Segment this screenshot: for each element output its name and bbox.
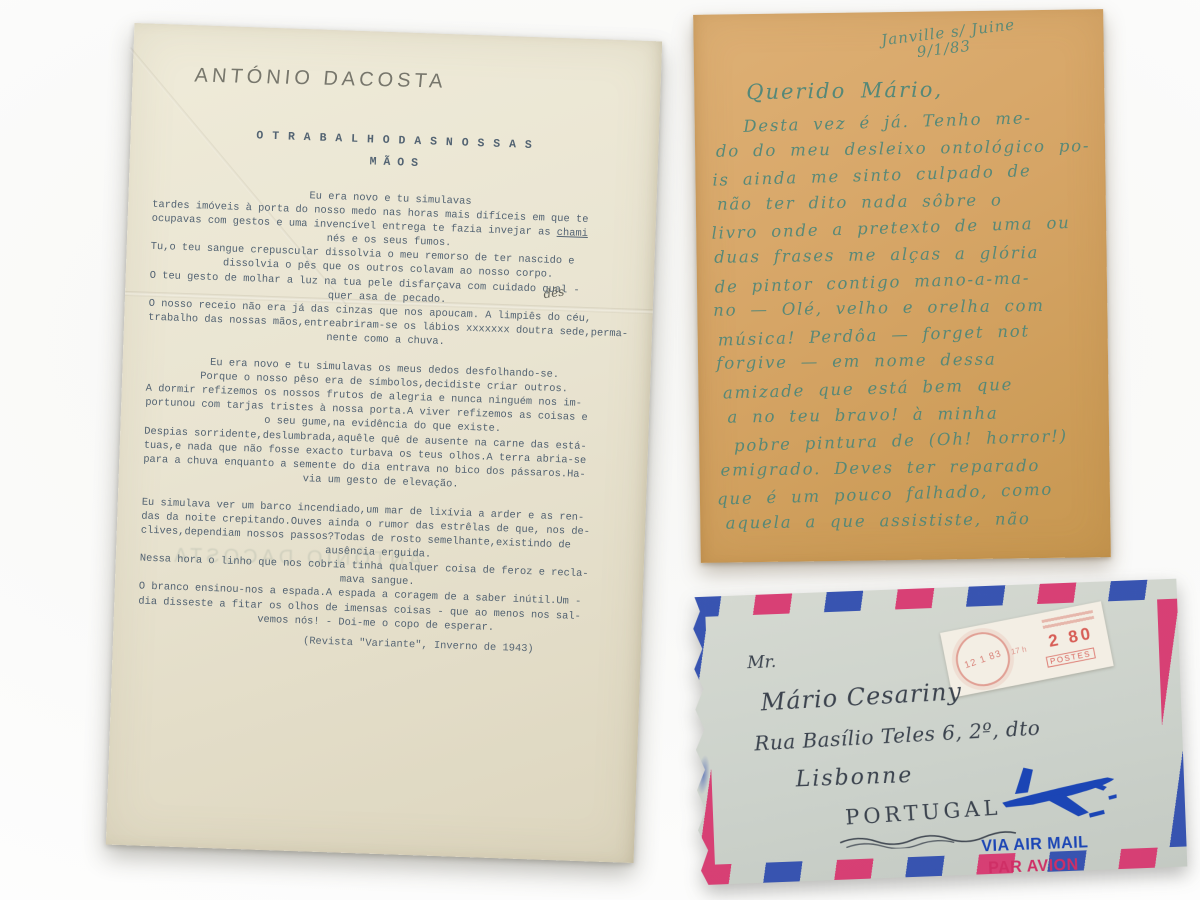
poem: Eu era novo e tu simulavastardes imóveis…	[137, 184, 629, 654]
letter-dateline: Janville s/ Juine 9/1/83	[880, 6, 1093, 65]
handwritten-correction: dês	[542, 284, 565, 301]
poem-stanza: Eu era novo e tu simulavastardes imóveis…	[147, 184, 628, 356]
envelope-body: 12 1 83 17 h 2 80 POSTES Mr.Mário Cesari…	[685, 579, 1188, 886]
address-line: Rua Basílio Teles 6, 2º, dto	[754, 716, 1041, 756]
author-name-handwritten: ANTÓNIO DACOSTA	[194, 65, 448, 94]
typed-poem-page: ANTÓNIO DACOSTA O T R A B A L H O D A S …	[106, 23, 662, 863]
par-avion-label: PAR AVION	[988, 856, 1079, 878]
photograph-of-documents: ANTÓNIO DACOSTA O T R A B A L H O D A S …	[0, 0, 1200, 900]
airplane-icon	[997, 759, 1117, 825]
handwritten-letter: Janville s/ Juine 9/1/83 Querido Mário, …	[693, 9, 1111, 563]
letter-line: aquela a que assististe, não	[726, 508, 1106, 540]
airmail-envelope: 12 1 83 17 h 2 80 POSTES Mr.Mário Cesari…	[685, 579, 1188, 886]
address-line: Mário Cesariny	[760, 677, 963, 716]
show-through-text: ANTÓNIO DACOSTA	[162, 545, 422, 573]
letter-lines: Desta vez é já. Tenho me-do do meu desle…	[709, 108, 1106, 542]
address-line: PORTUGAL	[844, 796, 1002, 830]
poem-stanza: Eu era novo e tu simulavas os meus dedos…	[143, 354, 623, 497]
address-line: Lisbonne	[795, 763, 913, 792]
letter-greeting: Querido Mário,	[746, 77, 943, 104]
address-line: Mr.	[747, 652, 777, 673]
